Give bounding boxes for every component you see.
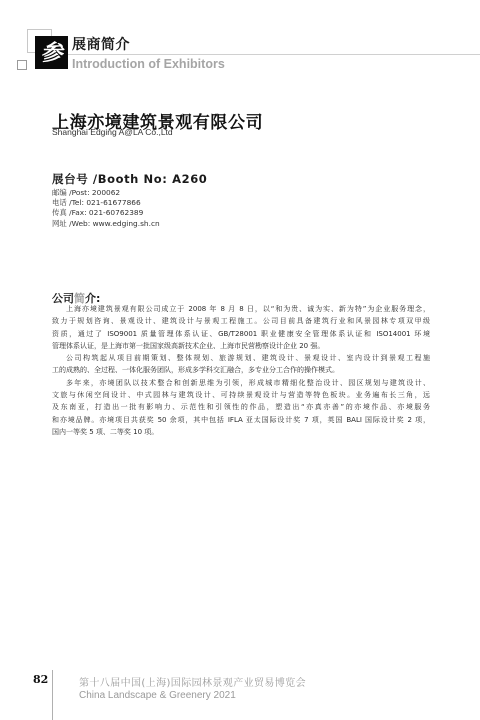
header-divider xyxy=(68,54,480,55)
intro-line: 上海亦境建筑景观有限公司成立于 2008 年 8 月 8 日，以“和为贵、诚为实… xyxy=(52,303,430,315)
footer-event-cn: 第十八届中国(上海)国际园林景观产业贸易博览会 xyxy=(79,674,306,689)
section-badge: 参 xyxy=(35,36,68,69)
section-title-cn: 展商简介 xyxy=(72,34,130,54)
intro-line: 资质，通过了 ISO9001 质量管理体系认证、GB/T28001 职业健康安全… xyxy=(52,328,430,340)
section-title-en: Introduction of Exhibitors xyxy=(72,57,225,71)
contact-info: 邮编 /Post: 200062 电话 /Tel: 021-61677866 传… xyxy=(52,188,160,229)
intro-line: 及东南亚，打造出一批有影响力、示范性和引领性的作品，塑造出“亦真亦善”的亦境作品… xyxy=(52,401,430,413)
contact-web[interactable]: 网址 /Web: www.edging.sh.cn xyxy=(52,219,160,229)
contact-fax: 传真 /Fax: 021-60762389 xyxy=(52,208,160,218)
section-badge-char: 参 xyxy=(40,42,62,64)
intro-line: 工的成熟的、全过程、一体化服务团队，形成多学科交汇融合，多专业分工合作的操作模式… xyxy=(52,364,430,376)
intro-line: 文旅与休闲空间设计、中式园林与建筑设计、可持续景观设计与营造等特色板块。业务遍布… xyxy=(52,389,430,401)
intro-line: 和亦境品牌。亦境项目共获奖 50 余项，其中包括 IFLA 亚太国际设计奖 7 … xyxy=(52,414,430,426)
header-small-square xyxy=(17,60,27,70)
intro-line: 公司构筑起从项目前期策划、整体规划、旅游规划、建筑设计、景观设计、室内设计到景观… xyxy=(52,352,430,364)
intro-line: 国内一等奖 5 项、二等奖 10 项。 xyxy=(52,426,430,438)
intro-line: 致力于规划咨询、景观设计、建筑设计与景观工程施工。公司目前具备建筑行业和风景园林… xyxy=(52,315,430,327)
company-name-en: Shanghai Edging A@LA Co.,Ltd xyxy=(52,127,173,137)
footer-divider xyxy=(52,670,53,720)
intro-body: 上海亦境建筑景观有限公司成立于 2008 年 8 月 8 日，以“和为贵、诚为实… xyxy=(52,303,430,438)
booth-number: 展台号 /Booth No: A260 xyxy=(52,171,207,187)
intro-line: 多年来，亦境团队以技术整合和创新思维为引领，形成城市精细化整治设计、园区规划与建… xyxy=(52,377,430,389)
contact-tel: 电话 /Tel: 021-61677866 xyxy=(52,198,160,208)
intro-line: 管理体系认证，是上海市第一批国家级高新技术企业、上海市民营勘察设计企业 20 强… xyxy=(52,340,430,352)
contact-post: 邮编 /Post: 200062 xyxy=(52,188,160,198)
footer-event-en: China Landscape & Greenery 2021 xyxy=(79,690,236,701)
page-number: 82 xyxy=(33,673,48,686)
